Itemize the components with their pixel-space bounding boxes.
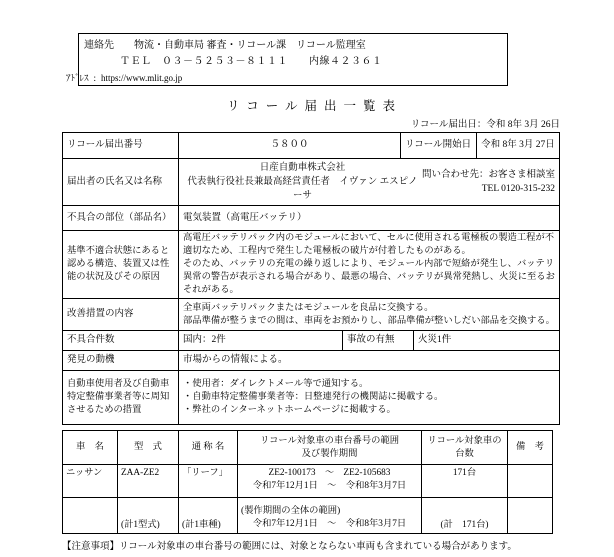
header-range: リコール対象車の車台番号の範囲 及び製作期間 — [237, 431, 421, 464]
filing-date: リコール届出日：令和 8年 3月 26日 — [62, 119, 560, 132]
nonconformity-value: 高電圧バッテリパック内のモジュールにおいて、セルに使用される電極板の製造工程が不… — [178, 231, 559, 298]
row-defect-part: 不具合の部位（部品名） 電気装置（高電圧バッテリ） — [63, 205, 559, 230]
total-model: (計1型式) — [117, 498, 178, 533]
recall-summary-table: リコール届出番号 ５８００ リコール開始日 令和 8年 3月 27日 届出者の氏… — [62, 132, 560, 425]
vehicle-table: 車 名 型 式 通 称 名 リコール対象車の車台番号の範囲 及び製作期間 リコー… — [62, 430, 553, 534]
header-count-line-1: リコール対象車の — [425, 435, 504, 448]
remedy-line-1: 全車両バッテリパックまたはモジュールを良品に交換する。 — [183, 302, 555, 315]
row-filer: 届出者の氏名又は名称 日産自動車株式会社 代表執行役社長兼最高経営責任者 イヴァ… — [63, 158, 559, 205]
vehicle-model: ZAA-ZE2 — [117, 465, 178, 497]
inquiry-contact: 問い合わせ先：お客さま相談室 — [422, 168, 555, 182]
page-title: リコール届出一覧表 — [62, 100, 560, 113]
defect-count-label: 不具合件数 — [63, 331, 178, 350]
remedy-label: 改善措置の内容 — [63, 299, 178, 330]
inquiry-tel: TEL 0120-315-232 — [422, 182, 555, 196]
recall-number-value: ５８００ — [178, 133, 400, 158]
contact-box: 連絡先物流・自動車局 審査・リコール課 リコール監理室 ＴＥＬ ０３－５２５３－… — [78, 33, 508, 86]
vehicle-total-row: (計1型式) (計1車種) (製作期間の全体の範囲) 令和7年12月1日 〜 令… — [63, 497, 552, 533]
accident-value: 火災1件 — [413, 331, 559, 350]
filer-value: 日産自動車株式会社 代表執行役社長兼最高経営責任者 イヴァン エスピノーサ 問い… — [178, 159, 559, 205]
vehicle-row: ニッサン ZAA-ZE2 「リーフ」 ZE2-100173 〜 ZE2-1056… — [63, 464, 552, 497]
contact-department: 物流・自動車局 審査・リコール課 リコール監理室 — [134, 40, 366, 51]
contact-line-tel: ＴＥＬ ０３－５２５３－８１１１ 内線４２３６１ — [79, 54, 507, 70]
vehicle-range-period: 令和7年12月1日 〜 令和8年3月7日 — [241, 480, 418, 493]
accident-label: 事故の有無 — [342, 331, 413, 350]
nonconformity-paragraph-2: そのため、バッテリの充電の繰り返しにより、モジュール内部で短絡が発生し、バッテリ… — [183, 258, 555, 297]
notification-item-2: ・自動車特定整備事業者等：日整連発行の機関誌に掲載する。 — [183, 391, 555, 404]
notification-item-3: ・弊社のインターネットホームページに掲載する。 — [183, 404, 555, 417]
defect-part-value: 電気装置（高電圧バッテリ） — [178, 206, 559, 230]
vehicle-name: ニッサン — [63, 465, 117, 497]
row-nonconformity: 基準不適合状態にあると認める構造、装置又は性能の状況及びその原因 高電圧バッテリ… — [63, 230, 559, 298]
discovery-value: 市場からの情報による。 — [178, 351, 559, 370]
start-date-value: 令和 8年 3月 27日 — [476, 133, 559, 158]
discovery-label: 発見の動機 — [63, 351, 178, 370]
filer-representative: 代表執行役社長兼最高経営責任者 イヴァン エスピノーサ — [183, 175, 422, 203]
header-count-line-2: 台数 — [425, 448, 504, 461]
total-count: (計 171台) — [421, 498, 507, 533]
header-common-name: 通 称 名 — [178, 431, 237, 464]
vehicle-common-name: 「リーフ」 — [178, 465, 237, 497]
start-date-label: リコール開始日 — [400, 133, 476, 158]
header-range-line-2: 及び製作期間 — [241, 448, 418, 461]
header-vehicle-name: 車 名 — [63, 431, 117, 464]
notification-label: 自動車使用者及び自動車特定整備事業者等に周知させるための措置 — [63, 371, 178, 424]
vehicle-range: ZE2-100173 〜 ZE2-105683 令和7年12月1日 〜 令和8年… — [237, 465, 421, 497]
notification-item-1: ・使用者：ダイレクトメール等で通知する。 — [183, 378, 555, 391]
address-label: ｱﾄﾞﾚｽ — [66, 73, 89, 83]
defect-part-label: 不具合の部位（部品名） — [63, 206, 178, 230]
nonconformity-label: 基準不適合状態にあると認める構造、装置又は性能の状況及びその原因 — [63, 231, 178, 298]
row-notification: 自動車使用者及び自動車特定整備事業者等に周知させるための措置 ・使用者：ダイレク… — [63, 370, 559, 424]
header-model: 型 式 — [117, 431, 178, 464]
header-remarks: 備 考 — [507, 431, 552, 464]
contact-line-address: ｱﾄﾞﾚｽ:https://www.mlit.go.jp — [66, 70, 507, 86]
vehicle-remarks — [507, 465, 552, 497]
address-separator: : — [94, 73, 97, 83]
vehicle-table-header: 車 名 型 式 通 称 名 リコール対象車の車台番号の範囲 及び製作期間 リコー… — [63, 431, 552, 464]
row-recall-number: リコール届出番号 ５８００ リコール開始日 令和 8年 3月 27日 — [63, 133, 559, 158]
total-range-caption: (製作期間の全体の範囲) — [241, 505, 418, 518]
row-discovery: 発見の動機 市場からの情報による。 — [63, 350, 559, 370]
header-count: リコール対象車の 台数 — [421, 431, 507, 464]
recall-number-label: リコール届出番号 — [63, 133, 178, 158]
inquiry-block: 問い合わせ先：お客さま相談室 TEL 0120-315-232 — [422, 168, 555, 196]
mlit-url: https://www.mlit.go.jp — [101, 73, 182, 83]
row-remedy: 改善措置の内容 全車両バッテリパックまたはモジュールを良品に交換する。 部品準備… — [63, 298, 559, 330]
filer-company: 日産自動車株式会社 — [183, 161, 422, 175]
remedy-line-2: 部品準備が整うまでの間は、車両をお預かりし、部品準備が整いしだい部品を交換する。 — [183, 315, 555, 328]
contact-label: 連絡先 — [84, 40, 114, 51]
vehicle-range-chassis: ZE2-100173 〜 ZE2-105683 — [241, 467, 418, 480]
filer-label: 届出者の氏名又は名称 — [63, 159, 178, 205]
filer-company-block: 日産自動車株式会社 代表執行役社長兼最高経営責任者 イヴァン エスピノーサ — [183, 161, 422, 203]
notification-value: ・使用者：ダイレクトメール等で通知する。 ・自動車特定整備事業者等：日整連発行の… — [178, 371, 559, 424]
total-name — [63, 498, 117, 533]
vehicle-count: 171台 — [421, 465, 507, 497]
recall-notice-document: 連絡先物流・自動車局 審査・リコール課 リコール監理室 ＴＥＬ ０３－５２５３－… — [0, 0, 614, 557]
contact-line-department: 連絡先物流・自動車局 審査・リコール課 リコール監理室 — [79, 38, 507, 54]
total-common-name: (計1車種) — [178, 498, 237, 533]
nonconformity-paragraph-1: 高電圧バッテリパック内のモジュールにおいて、セルに使用される電極板の製造工程が不… — [183, 232, 555, 258]
remedy-value: 全車両バッテリパックまたはモジュールを良品に交換する。 部品準備が整うまでの間は… — [178, 299, 559, 330]
caution-note: 【注意事項】リコール対象車の車台番号の範囲には、対象とならない車両も含まれている… — [62, 541, 517, 554]
header-range-line-1: リコール対象車の車台番号の範囲 — [241, 435, 418, 448]
total-remarks — [507, 498, 552, 533]
row-defect-count: 不具合件数 国内：2件 事故の有無 火災1件 — [63, 330, 559, 350]
defect-count-value: 国内：2件 — [178, 331, 342, 350]
total-range: (製作期間の全体の範囲) 令和7年12月1日 〜 令和8年3月7日 — [237, 498, 421, 533]
total-range-period: 令和7年12月1日 〜 令和8年3月7日 — [241, 518, 418, 531]
